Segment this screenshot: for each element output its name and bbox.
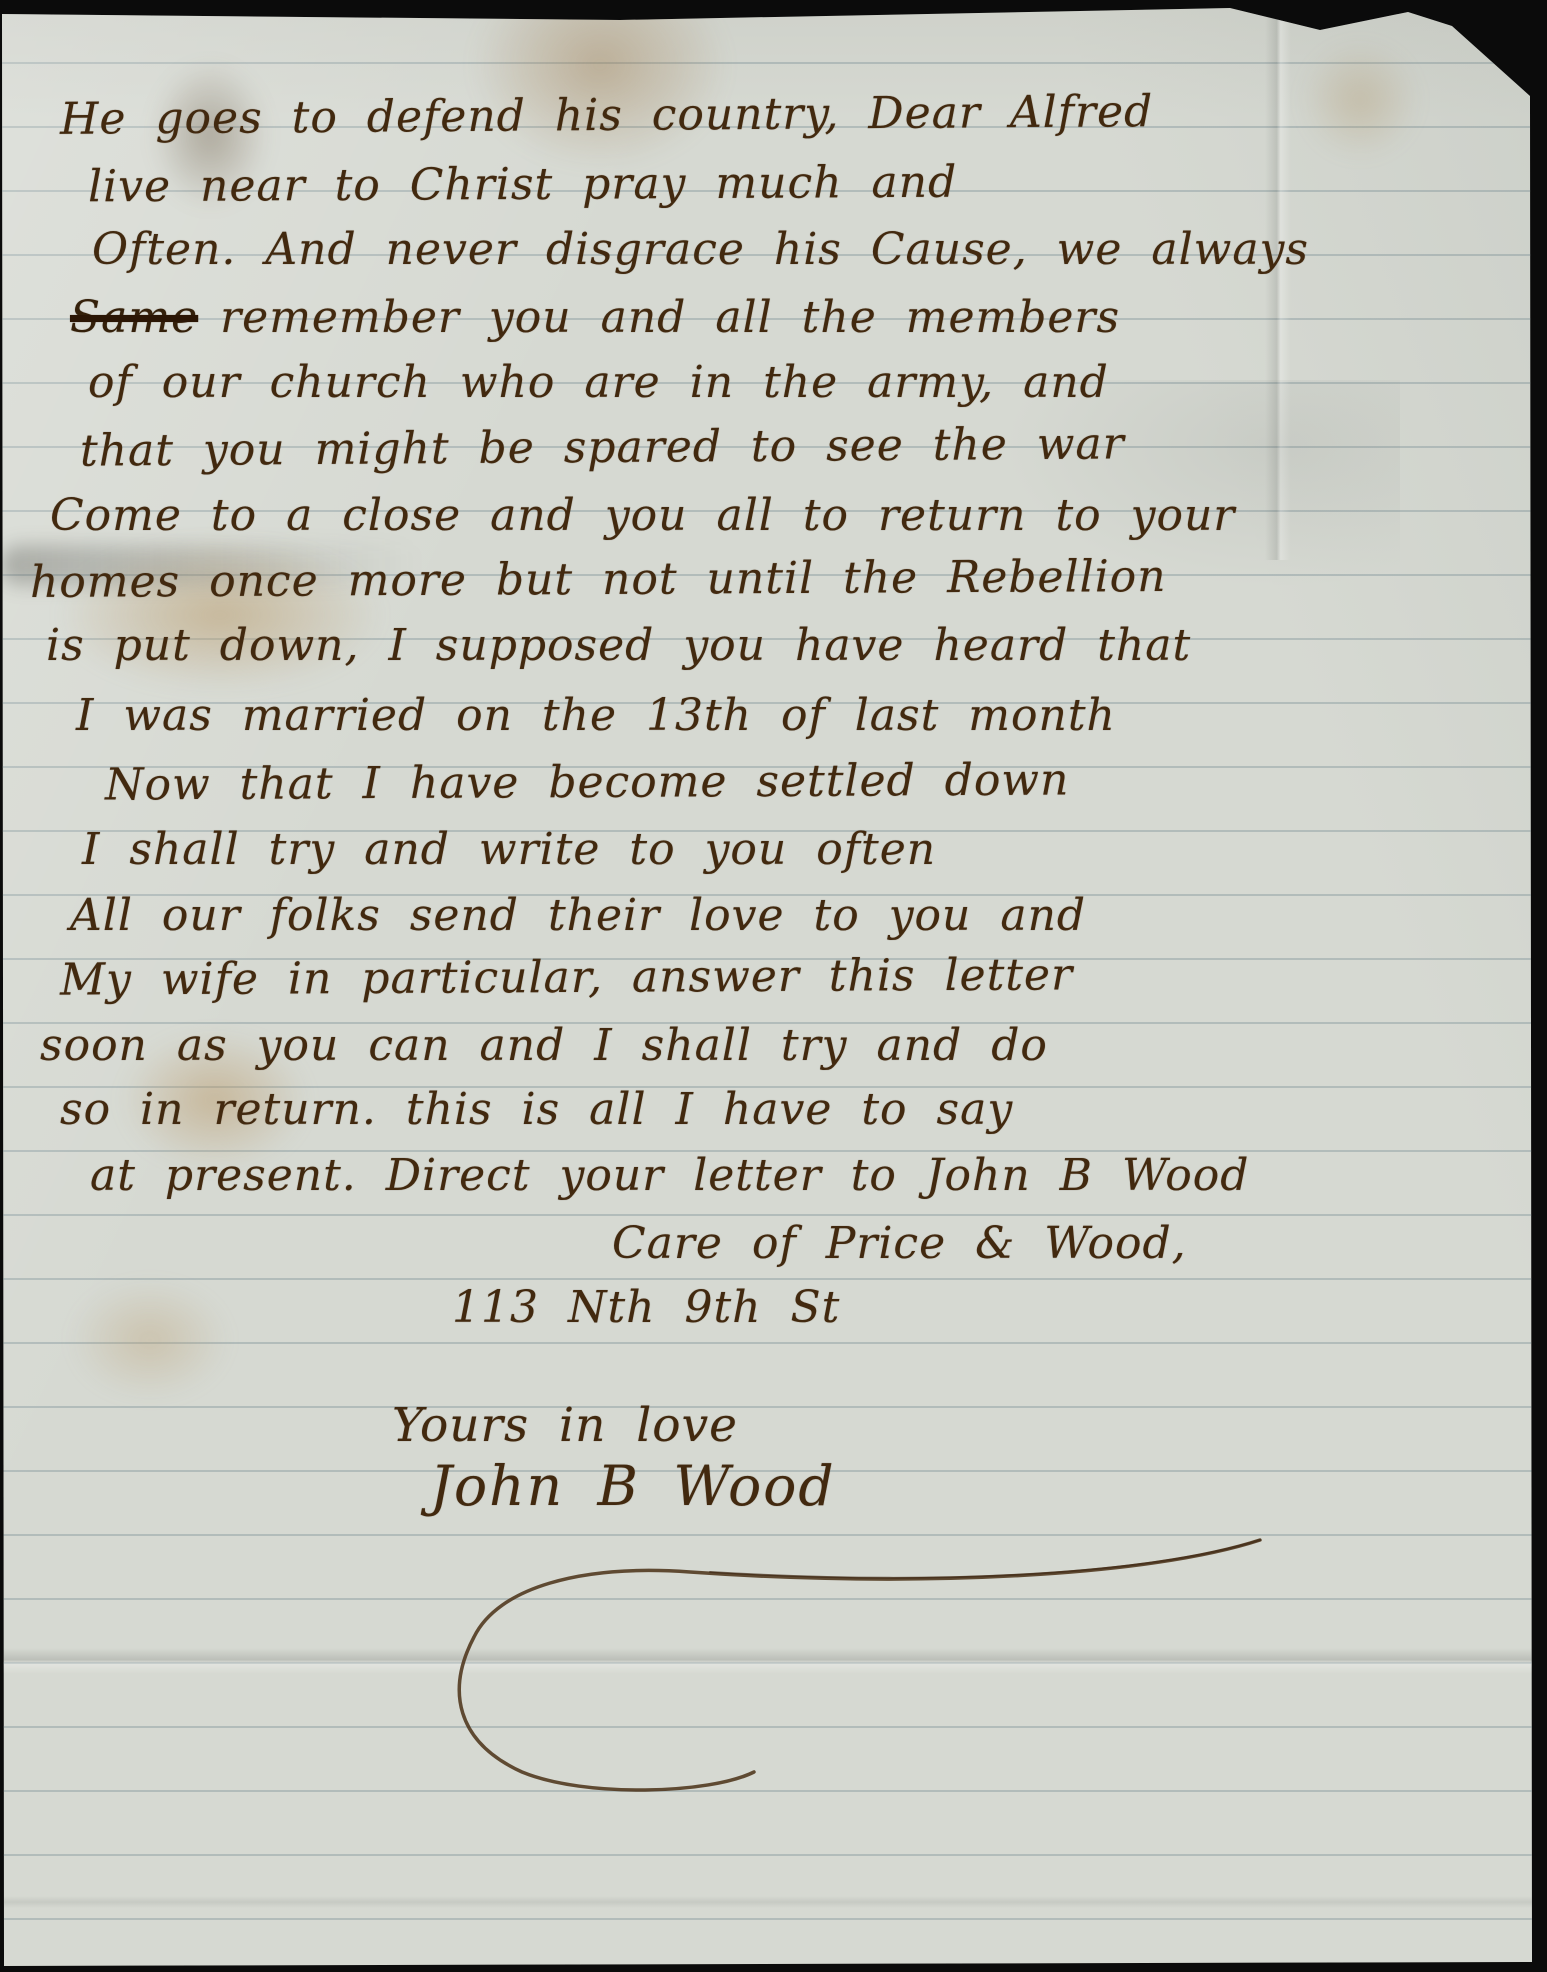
letter-line: All our folks send their love to you and [70,886,1086,946]
signature-flourish-icon [380,1492,1300,1812]
letter-line: of our church who are in the army, and [88,353,1109,413]
letter-line: that you might be spared to see the war [80,414,1125,481]
letter-line: Often. And never disgrace his Cause, we … [92,220,1309,280]
letter-line: My wife in particular, answer this lette… [60,945,1073,1010]
address-line: 113 Nth 9th St [452,1278,840,1338]
letter-line: homes once more but not until the Rebell… [30,547,1167,613]
letter-line: soon as you can and I shall try and do [40,1016,1048,1076]
letter-line: Now that I have become settled down [105,750,1070,815]
letter-line: I shall try and write to you often [82,820,936,880]
closing-line: Yours in love [392,1396,738,1456]
letter-line: so in return. this is all I have to say [60,1080,1013,1140]
fold-crease [1265,0,1291,560]
paper-stain [1300,40,1420,160]
letter-line: Sameremember you and all the members [70,288,1120,348]
signature-line: John B Wood [430,1456,836,1516]
letter-paper: He goes to defend his country, Dear Alfr… [0,0,1547,1972]
paper-stain [70,1280,230,1400]
letter-line: at present. Direct your letter to John B… [90,1146,1249,1206]
letter-line: is put down, I supposed you have heard t… [46,616,1191,676]
letter-line-text: remember you and all the members [220,292,1120,343]
letter-line: He goes to defend his country, Dear Alfr… [60,82,1154,150]
letter-line: I was married on the 13th of last month [76,686,1116,746]
care-of-line: Care of Price & Wood, [612,1214,1187,1274]
fold-crease [0,1896,1547,1908]
letter-line: live near to Christ pray much and [88,153,958,218]
letter-line: Come to a close and you all to return to… [50,486,1235,546]
crossed-out-word: Same [70,292,198,343]
fold-crease [0,1648,1547,1674]
